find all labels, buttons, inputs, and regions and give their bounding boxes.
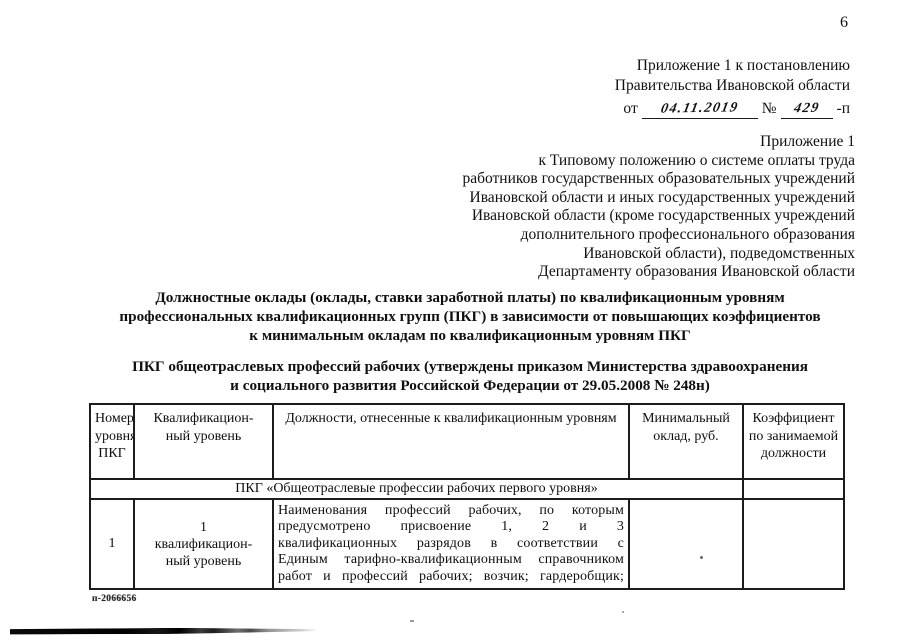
- stamp-block: Приложение 1 к постановлению Правительст…: [615, 56, 850, 119]
- group-header-row: ПКГ «Общеотраслевые профессии рабочих пе…: [90, 479, 844, 499]
- cell-pkg-level: 1: [90, 499, 134, 589]
- date-underline: 04.11.2019: [642, 97, 758, 119]
- qual-level-line: квалификацион-: [139, 536, 268, 553]
- stamp-line-1: Приложение 1 к постановлению: [615, 56, 850, 76]
- positions-text-line: Наименования профессий рабочих, по котор…: [278, 503, 624, 519]
- number-underline: 429: [781, 97, 833, 119]
- positions-text-line: Единым тарифно-квалификационным справочн…: [278, 552, 624, 568]
- main-title-line: Должностные оклады (оклады, ставки зараб…: [90, 288, 850, 307]
- handwritten-number: 429: [792, 99, 821, 119]
- salary-table: Номер уровня ПКГ Квалификацион-ный урове…: [89, 403, 845, 590]
- group-header-cell: ПКГ «Общеотраслевые профессии рабочих пе…: [90, 479, 743, 499]
- appendix-line: к Типовому положению о системе оплаты тр…: [462, 152, 855, 171]
- appendix-line: работников государственных образовательн…: [462, 170, 855, 189]
- appendix-line: Ивановской области (кроме государственны…: [462, 207, 855, 226]
- number-sign-label: №: [762, 100, 777, 117]
- cell-min-salary: [629, 499, 743, 589]
- appendix-line: Приложение 1: [462, 133, 855, 152]
- number-suffix-label: -п: [837, 100, 850, 117]
- positions-text-line: работ и профессий рабочих; возчик; гарде…: [278, 569, 624, 585]
- section-title-line: и социального развития Российской Федера…: [90, 376, 850, 395]
- table-header-row: Номер уровня ПКГ Квалификацион-ный урове…: [90, 404, 844, 479]
- cell-qualification-level: 1 квалификацион- ный уровень: [134, 499, 273, 589]
- document-page: 6 Приложение 1 к постановлению Правитель…: [0, 0, 905, 640]
- appendix-block: Приложение 1 к Типовому положению о сист…: [462, 133, 855, 282]
- col-header-qualification-level: Квалификацион-ный уровень: [134, 404, 273, 479]
- scan-speck: [410, 620, 414, 622]
- scan-artifact-bar: [10, 627, 318, 634]
- handwritten-date: 04.11.2019: [659, 98, 740, 119]
- main-title: Должностные оклады (оклады, ставки зараб…: [90, 288, 850, 345]
- main-title-line: профессиональных квалификационных групп …: [90, 307, 850, 326]
- appendix-line: Ивановской области), подведомственных: [462, 245, 855, 264]
- document-code: п-2066656: [92, 594, 137, 604]
- col-header-coefficient: Коэффициент по занимаемой должности: [743, 404, 844, 479]
- col-header-pkg-level-number: Номер уровня ПКГ: [90, 404, 134, 479]
- cell-positions: Наименования профессий рабочих, по котор…: [273, 499, 629, 589]
- appendix-line: дополнительного профессионального образо…: [462, 226, 855, 245]
- positions-text-line: предусмотрено присвоение 1, 2 и 3: [278, 519, 624, 535]
- scan-speck: [622, 611, 624, 613]
- positions-text-line: квалификационных разрядов в соответствии…: [278, 536, 624, 552]
- col-header-min-salary: Минимальный оклад, руб.: [629, 404, 743, 479]
- stamp-reference-line: от04.11.2019№429-п: [615, 97, 850, 119]
- appendix-line: Департаменту образования Ивановской обла…: [462, 263, 855, 282]
- section-title-line: ПКГ общеотраслевых профессий рабочих (ут…: [90, 357, 850, 376]
- col-header-positions: Должности, отнесенные к квалификационным…: [273, 404, 629, 479]
- cell-coefficient: [743, 499, 844, 589]
- main-title-line: к минимальным окладам по квалификационны…: [90, 326, 850, 345]
- page-number: 6: [840, 14, 848, 32]
- appendix-line: Ивановской области и иных государственны…: [462, 189, 855, 208]
- scan-speck: [700, 556, 703, 559]
- qual-level-line: 1: [139, 519, 268, 536]
- qual-level-line: ный уровень: [139, 553, 268, 570]
- stamp-line-2: Правительства Ивановской области: [615, 76, 850, 96]
- section-title: ПКГ общеотраслевых профессий рабочих (ут…: [90, 357, 850, 395]
- group-header-empty-cell: [743, 479, 844, 499]
- date-prefix-label: от: [623, 100, 637, 117]
- table-row: 1 1 квалификацион- ный уровень Наименова…: [90, 499, 844, 589]
